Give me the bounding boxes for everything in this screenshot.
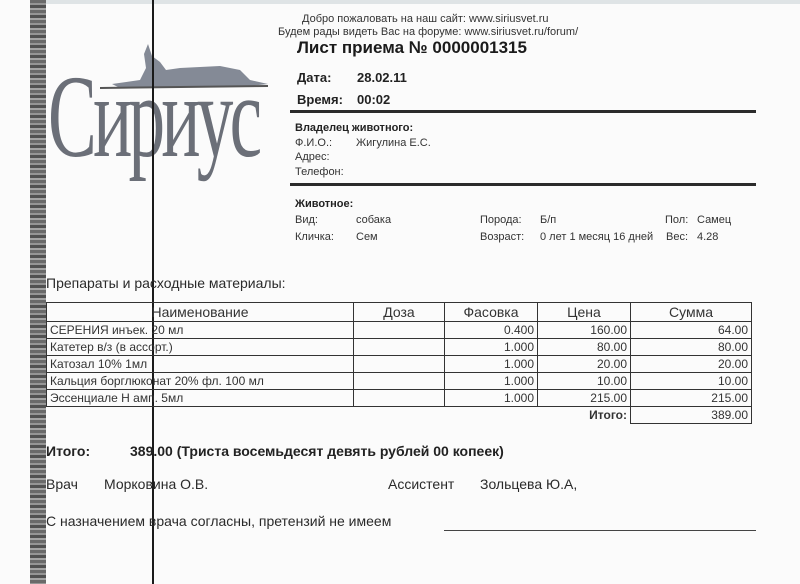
cell-price: 10.00: [538, 373, 631, 390]
col-sum-header: Сумма: [631, 303, 752, 322]
species-label: Вид:: [295, 214, 318, 226]
animal-section-title: Животное:: [295, 198, 353, 210]
cell-pack: 1.000: [445, 339, 538, 356]
table-total-label: Итого:: [538, 407, 631, 424]
divider: [290, 110, 756, 113]
cell-dose: [354, 390, 445, 407]
cell-pack: 1.000: [445, 373, 538, 390]
cell-price: 160.00: [538, 322, 631, 339]
weight-value: 4.28: [697, 231, 718, 243]
cell-name: Катозал 10% 1мл: [47, 356, 354, 373]
cell-pack: 1.000: [445, 390, 538, 407]
table-row: Эссенциале Н амп. 5мл1.000215.00215.00: [47, 390, 752, 407]
scan-line-artifact: [152, 0, 154, 584]
owner-address-label: Адрес:: [295, 151, 330, 163]
cell-sum: 215.00: [631, 390, 752, 407]
materials-section-title: Препараты и расходные материалы:: [46, 275, 286, 291]
consent-text: С назначением врача согласны, претензий …: [46, 513, 391, 529]
table-row: Катетер в/з (в ассорт.)1.00080.0080.00: [47, 339, 752, 356]
summary-total-label: Итого:: [46, 443, 90, 459]
summary-total-text: 389.00 (Триста восемьдесят девять рублей…: [130, 443, 504, 459]
time-value: 00:02: [357, 92, 390, 107]
col-pack-header: Фасовка: [445, 303, 538, 322]
divider: [290, 183, 756, 186]
date-value: 28.02.11: [357, 70, 407, 85]
cell-price: 215.00: [538, 390, 631, 407]
owner-phone-label: Телефон:: [295, 166, 344, 178]
col-name-header: Наименование: [47, 303, 354, 322]
table-row: Катозал 10% 1мл1.00020.0020.00: [47, 356, 752, 373]
col-price-header: Цена: [538, 303, 631, 322]
weight-label: Вес:: [666, 231, 688, 243]
cell-sum: 80.00: [631, 339, 752, 356]
date-label: Дата:: [297, 70, 331, 85]
signature-line: [444, 530, 756, 531]
table-header-row: Наименование Доза Фасовка Цена Сумма: [47, 303, 752, 322]
cell-dose: [354, 373, 445, 390]
nickname-value: Сем: [356, 231, 378, 243]
cell-dose: [354, 339, 445, 356]
sex-label: Пол:: [665, 214, 688, 226]
forum-line: Будем рады видеть Вас на форуме: www.sir…: [278, 26, 578, 38]
doctor-value: Морковина О.В.: [104, 476, 208, 492]
owner-name-label: Ф.И.О.:: [295, 137, 332, 149]
cell-sum: 20.00: [631, 356, 752, 373]
age-value: 0 лет 1 месяц 16 дней: [540, 231, 653, 243]
table-row: Кальция борглюконат 20% фл. 100 мл1.0001…: [47, 373, 752, 390]
table-total-value: 389.00: [631, 407, 752, 424]
cell-sum: 10.00: [631, 373, 752, 390]
sex-value: Самец: [697, 214, 731, 226]
breed-label: Порода:: [480, 214, 522, 226]
scan-edge-artifact: [30, 0, 46, 584]
age-label: Возраст:: [480, 231, 524, 243]
cell-sum: 64.00: [631, 322, 752, 339]
welcome-line: Добро пожаловать на наш сайт: www.sirius…: [302, 13, 549, 25]
nickname-label: Кличка:: [295, 231, 334, 243]
materials-table: Наименование Доза Фасовка Цена Сумма СЕР…: [46, 302, 752, 424]
table-total-row: Итого: 389.00: [47, 407, 752, 424]
owner-section-title: Владелец животного:: [295, 122, 413, 134]
cell-name: Кальция борглюконат 20% фл. 100 мл: [47, 373, 354, 390]
cell-pack: 1.000: [445, 356, 538, 373]
cell-price: 20.00: [538, 356, 631, 373]
table-row: СЕРЕНИЯ инъек. 20 мл0.400160.0064.00: [47, 322, 752, 339]
assistant-value: Зольцева Ю.А,: [480, 476, 577, 492]
cell-name: Катетер в/з (в ассорт.): [47, 339, 354, 356]
species-value: собака: [356, 214, 391, 226]
cell-pack: 0.400: [445, 322, 538, 339]
breed-value: Б/п: [540, 214, 556, 226]
doctor-label: Врач: [46, 476, 78, 492]
time-label: Время:: [297, 92, 343, 107]
document-title: Лист приема № 0000001315: [297, 38, 527, 58]
scan-top-tint: [46, 0, 800, 4]
owner-name-value: Жигулина Е.С.: [356, 137, 431, 149]
cell-dose: [354, 322, 445, 339]
cell-dose: [354, 356, 445, 373]
cell-name: Эссенциале Н амп. 5мл: [47, 390, 354, 407]
assistant-label: Ассистент: [388, 476, 454, 492]
cell-price: 80.00: [538, 339, 631, 356]
cell-name: СЕРЕНИЯ инъек. 20 мл: [47, 322, 354, 339]
col-dose-header: Доза: [354, 303, 445, 322]
